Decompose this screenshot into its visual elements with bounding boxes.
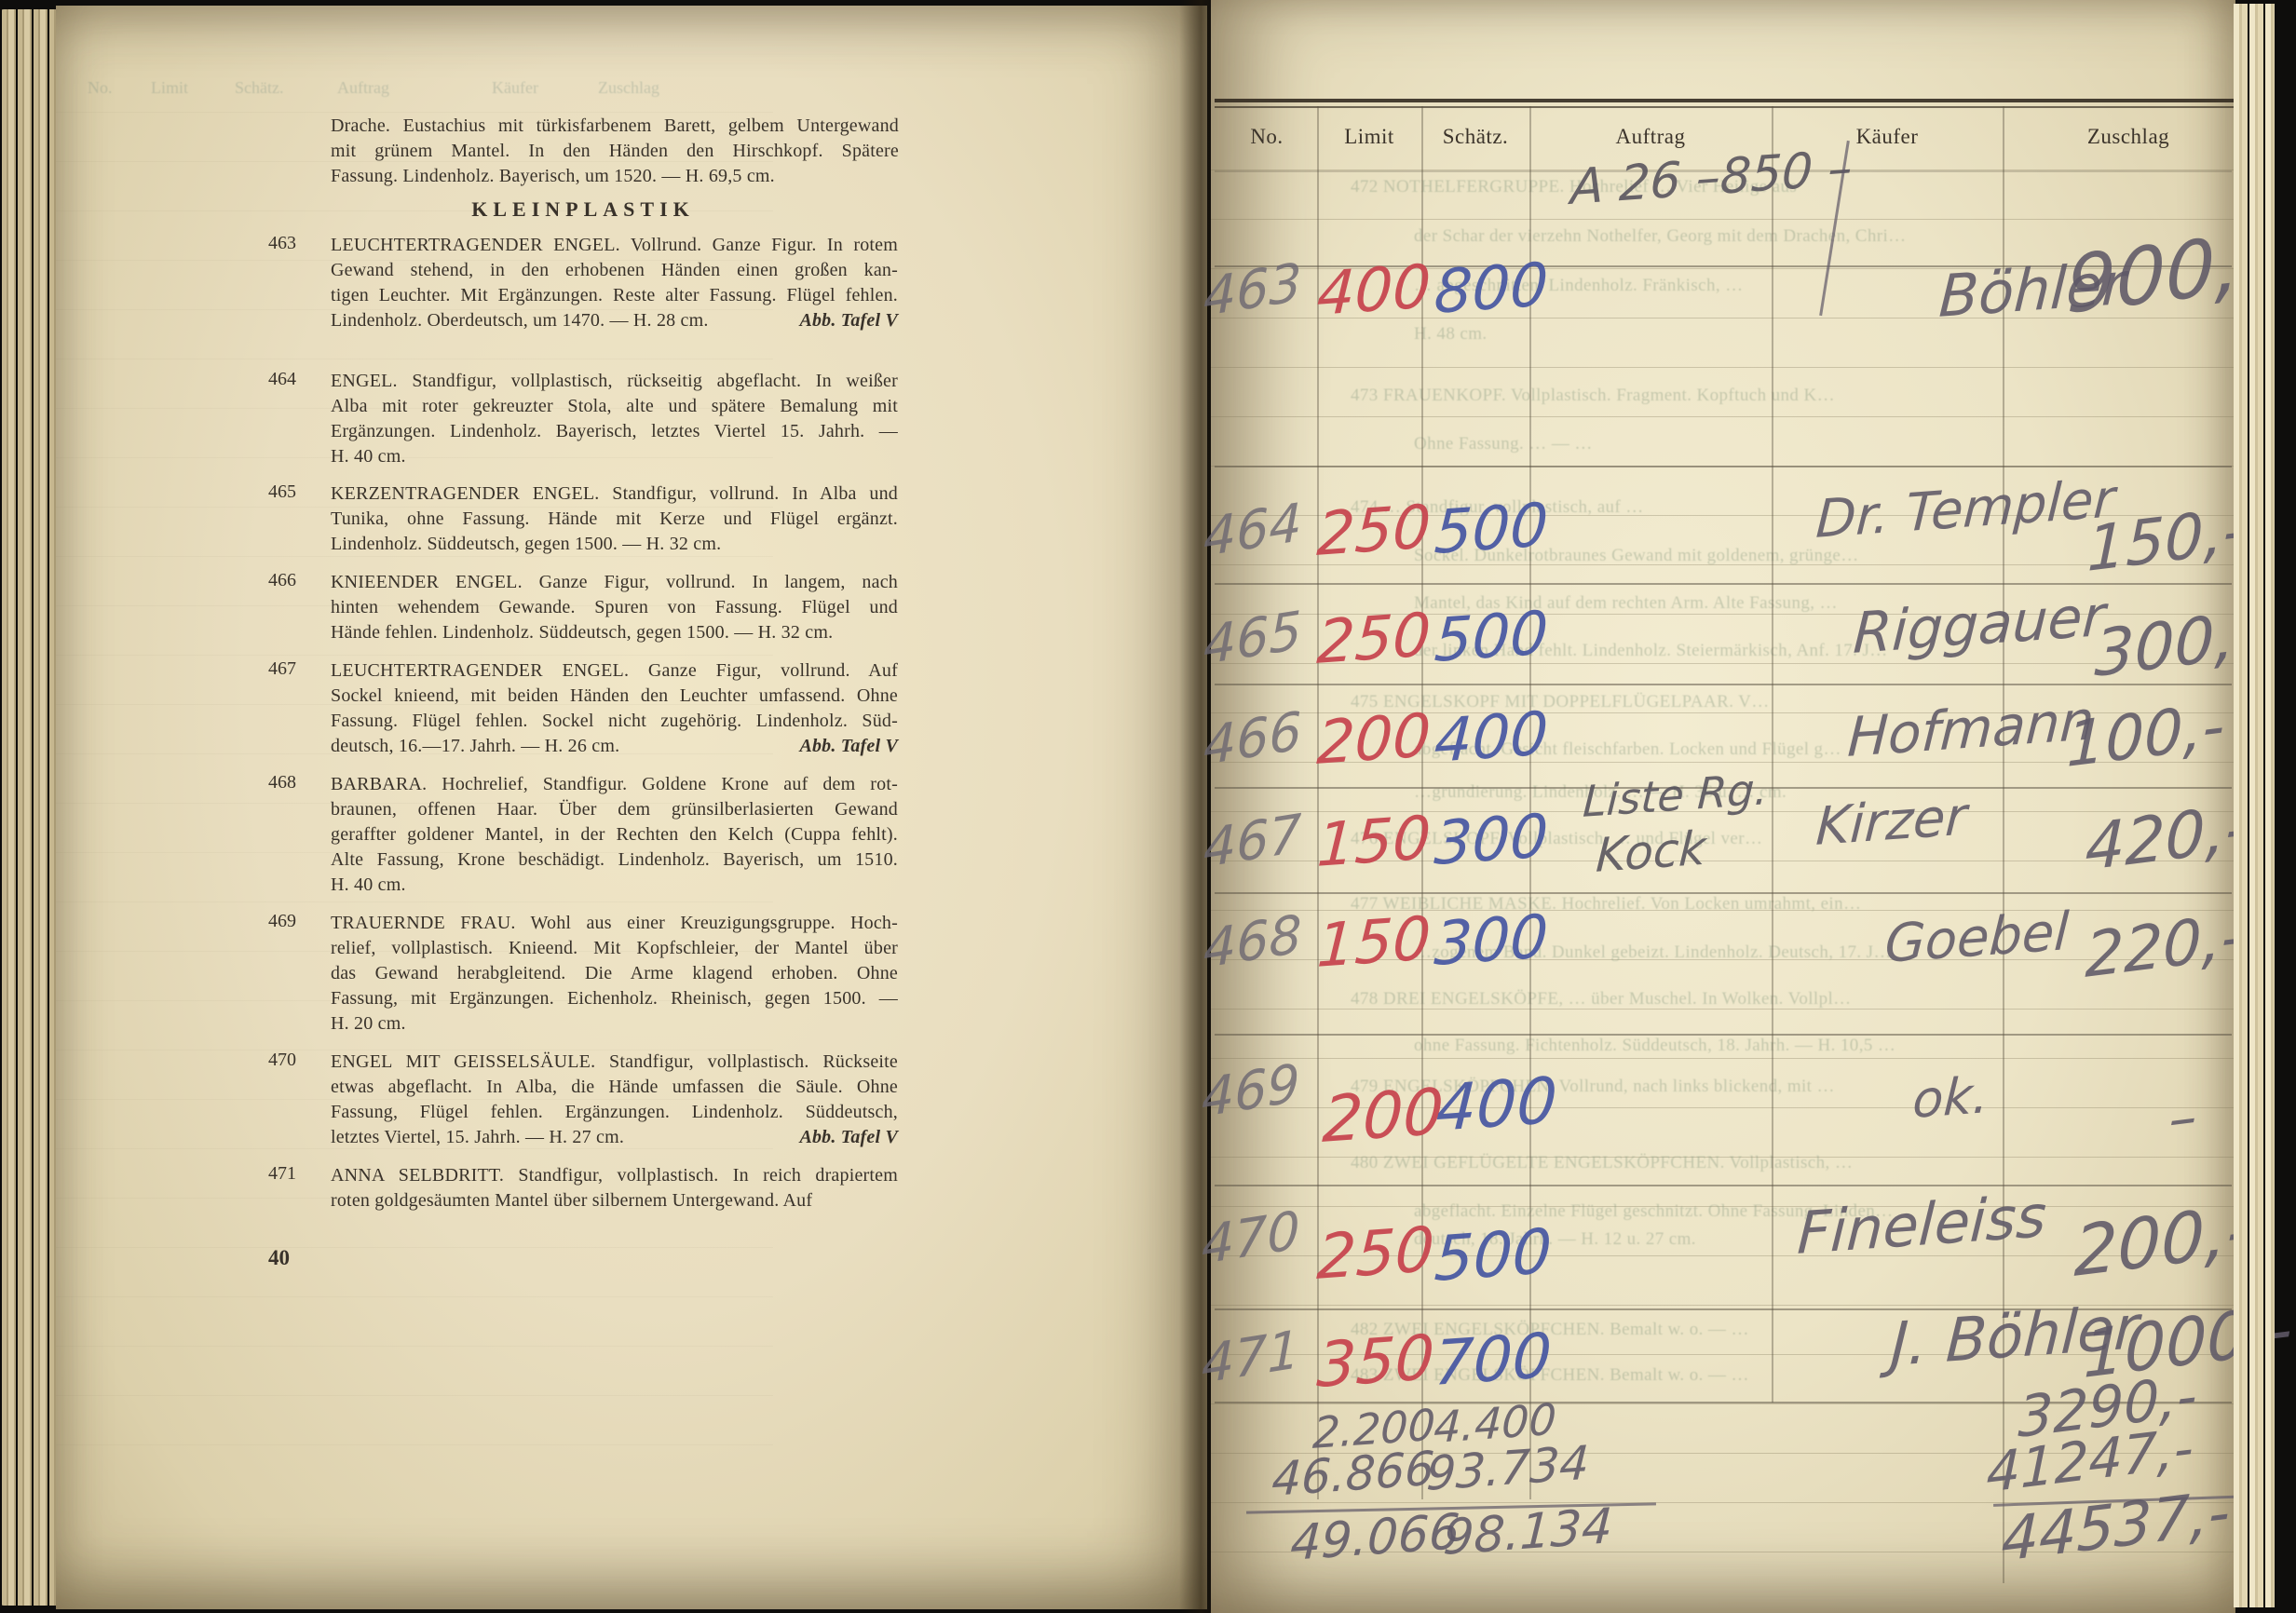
entry-line: ENGEL. Standfigur, vollplastisch, rückse…	[331, 369, 898, 394]
entry-line: letztes Viertel, 15. Jahrh. — H. 27 cm.	[331, 1125, 624, 1150]
row-line	[1215, 1034, 2232, 1036]
entry-line: Lindenholz. Oberdeutsch, um 1470. — H. 2…	[331, 308, 709, 333]
row-line	[1215, 892, 2232, 894]
lot-number: 468	[268, 772, 296, 793]
plate-reference: Abb. Tafel V	[799, 734, 898, 759]
lot-number: 471	[268, 1163, 296, 1185]
row-zuschlag: –	[2168, 1084, 2197, 1153]
entry-line: H. 40 cm.	[331, 444, 898, 469]
ghost-header-limit: Limit	[151, 78, 188, 98]
entry-line: Alte Fassung, Krone beschädigt. Lindenho…	[331, 847, 898, 873]
entry-line: braunen, offenen Haar. Über dem grünsilb…	[331, 797, 898, 822]
intro-line: mit grünem Mantel. In den Händen den Hir…	[331, 139, 899, 164]
row-schaetz: 400	[1434, 1064, 1559, 1146]
entry-line: KNIEENDER ENGEL. Ganze Figur, vollrund. …	[331, 570, 898, 595]
entry-line: TRAUERNDE FRAU. Wohl aus einer Kreuzigun…	[331, 911, 898, 936]
section-heading: KLEINPLASTIK	[268, 197, 898, 222]
catalog-entry-466: 466 KNIEENDER ENGEL. Ganze Figur, vollru…	[268, 570, 898, 645]
entry-line: deutsch, 16.—17. Jahrh. — H. 26 cm.	[331, 734, 619, 759]
entry-line: Gewand stehend, in den erhobenen Händen …	[331, 258, 898, 283]
row-limit: 150	[1315, 905, 1423, 982]
entry-line: Hände fehlen. Lindenholz. Süddeutsch, ge…	[331, 620, 898, 645]
entry-line: ANNA SELBDRITT. Standfigur, vollplastisc…	[331, 1163, 898, 1188]
entry-line: BARBARA. Hochrelief, Standfigur. Goldene…	[331, 772, 898, 797]
entry-line: Fassung, mit Ergänzungen. Eichenholz. Rh…	[331, 986, 898, 1011]
row-limit: 150	[1315, 805, 1423, 881]
entry-line: etwas abgeflacht. In Alba, die Hände umf…	[331, 1075, 898, 1100]
entry-line: LEUCHTERTRAGENDER ENGEL. Vollrund. Ganze…	[331, 233, 898, 258]
ghost-line: ohne Fassung. Fichtenholz. Süddeutsch, 1…	[1414, 1036, 1895, 1056]
row-limit: 350	[1315, 1322, 1423, 1402]
row-limit: 250	[1315, 602, 1423, 678]
plate-reference: Abb. Tafel V	[799, 308, 898, 333]
row-kaeufer: Kirzer	[1814, 786, 1968, 858]
lot-number: 469	[268, 911, 296, 932]
page-number: 40	[268, 1246, 290, 1270]
intro-paragraph: Drache. Eustachius mit türkisfarbenem Ba…	[331, 114, 899, 189]
row-schaetz: 800	[1433, 251, 1550, 328]
row-schaetz: 400	[1433, 699, 1550, 777]
row-schaetz: 500	[1433, 599, 1550, 676]
entry-line: Lindenholz. Süddeutsch, gegen 1500. — H.…	[331, 532, 898, 557]
entry-line: H. 40 cm.	[331, 873, 898, 898]
catalog-entry-463: 463 LEUCHTERTRAGENDER ENGEL. Vollrund. G…	[268, 233, 898, 333]
ghost-line: 478 DREI ENGELSKÖPFE, … über Muschel. In…	[1351, 989, 1852, 1010]
header-no: No.	[1250, 125, 1283, 149]
entry-line: Alba mit roter gekreuzter Stola, alte un…	[331, 394, 898, 419]
lot-number: 470	[268, 1050, 296, 1071]
header-limit: Limit	[1344, 125, 1394, 149]
entry-line: Sockel knieend, mit beiden Händen den Le…	[331, 684, 898, 709]
entry-line: H. 20 cm.	[331, 1011, 898, 1037]
entry-line: Tunika, ohne Fassung. Hände mit Kerze un…	[331, 507, 898, 532]
ghost-header-kaeufer: Käufer	[492, 78, 538, 98]
ghost-header-schaetz: Schätz.	[235, 78, 283, 98]
entry-line: hinten wehendem Gewande. Spuren von Fass…	[331, 595, 898, 620]
ghost-line: H. 48 cm.	[1414, 324, 1488, 345]
row-kaeufer: ok.	[1911, 1065, 1990, 1130]
catalog-entry-465: 465 KERZENTRAGENDER ENGEL. Standfigur, v…	[268, 481, 898, 557]
row-schaetz: 500	[1433, 491, 1550, 568]
header-kaeufer: Käufer	[1856, 125, 1919, 149]
auction-catalog-photo: No. Limit Schätz. Auftrag Käufer Zuschla…	[0, 0, 2296, 1613]
header-zuschlag: Zuschlag	[2087, 125, 2169, 149]
row-auftrag-note: Kock	[1595, 820, 1707, 883]
lot-number: 467	[268, 658, 296, 680]
page-edge-stack-left	[0, 9, 58, 1606]
right-page-ledger: 472 NOTHELFERGRUPPE. Hochrelief … Vier H…	[1211, 0, 2235, 1613]
catalog-entry-469: 469 TRAUERNDE FRAU. Wohl aus einer Kreuz…	[268, 911, 898, 1037]
catalog-entry-467: 467 LEUCHTERTRAGENDER ENGEL. Ganze Figur…	[268, 658, 898, 759]
entry-line: Ergänzungen. Lindenholz. Bayerisch, letz…	[331, 419, 898, 444]
table-top-rule	[1215, 99, 2235, 108]
lot-number: 464	[268, 369, 296, 390]
entry-line: Fassung, Flügel fehlen. Ergänzungen. Lin…	[331, 1100, 898, 1125]
ghost-header-no: No.	[88, 78, 113, 98]
column-line	[1772, 106, 1773, 1403]
row-schaetz: 700	[1433, 1320, 1554, 1400]
row-line	[1215, 466, 2232, 468]
entry-line: geraffter goldener Mantel, in der Rechte…	[331, 822, 898, 847]
row-limit: 200	[1321, 1077, 1429, 1158]
row-limit: 400	[1315, 253, 1423, 330]
row-line	[1215, 1185, 2232, 1186]
schaetz-carryover: 93.734	[1425, 1435, 1591, 1501]
row-limit: 250	[1315, 494, 1423, 570]
entry-line: Fassung. Flügel fehlen. Sockel nicht zug…	[331, 709, 898, 734]
lot-number: 466	[268, 570, 296, 591]
row-schaetz: 300	[1433, 802, 1550, 879]
entry-line: LEUCHTERTRAGENDER ENGEL. Ganze Figur, vo…	[331, 658, 898, 684]
plate-reference: Abb. Tafel V	[799, 1125, 898, 1150]
entry-line: KERZENTRAGENDER ENGEL. Standfigur, vollr…	[331, 481, 898, 507]
catalog-entry-464: 464 ENGEL. Standfigur, vollplastisch, rü…	[268, 369, 898, 469]
header-auftrag: Auftrag	[1615, 125, 1685, 149]
row-line	[1215, 684, 2232, 685]
row-limit: 250	[1315, 1214, 1423, 1294]
entry-line: roten goldgesäumten Mantel über silberne…	[331, 1188, 898, 1213]
ghost-header-zuschlag: Zuschlag	[598, 78, 659, 98]
row-schaetz: 500	[1433, 1215, 1554, 1295]
ghost-line: 480 ZWEI GEFLÜGELTE ENGELSKÖPFCHEN. Voll…	[1351, 1153, 1853, 1173]
page-edge-stack-right	[2234, 4, 2275, 1607]
ghost-header-auftrag: Auftrag	[337, 78, 389, 98]
entry-line: relief, vollplastisch. Knieend. Mit Kopf…	[331, 936, 898, 961]
entry-line: tigen Leuchter. Mit Ergänzungen. Reste a…	[331, 283, 898, 308]
intro-line: Drache. Eustachius mit türkisfarbenem Ba…	[331, 114, 899, 139]
row-schaetz: 300	[1433, 902, 1550, 980]
ghost-line: 473 FRAUENKOPF. Vollplastisch. Fragment.…	[1351, 386, 1835, 406]
entry-line: das Gewand herabgleitend. Die Arme klage…	[331, 961, 898, 986]
row-limit: 200	[1315, 702, 1423, 779]
ghost-line: Ohne Fassung. … — …	[1414, 434, 1593, 454]
lot-number: 463	[268, 233, 296, 254]
catalog-entry-470: 470 ENGEL MIT GEISSELSÄULE. Standfigur, …	[268, 1050, 898, 1150]
intro-line: Fassung. Lindenholz. Bayerisch, um 1520.…	[331, 164, 899, 189]
header-schaetz: Schätz.	[1443, 125, 1509, 149]
entry-line: ENGEL MIT GEISSELSÄULE. Standfigur, voll…	[331, 1050, 898, 1075]
lot-number: 465	[268, 481, 296, 503]
catalog-entry-468: 468 BARBARA. Hochrelief, Standfigur. Gol…	[268, 772, 898, 898]
catalog-entry-471: 471 ANNA SELBDRITT. Standfigur, vollplas…	[268, 1163, 898, 1213]
limit-carryover: 46.866	[1270, 1441, 1436, 1507]
left-page: No. Limit Schätz. Auftrag Käufer Zuschla…	[56, 6, 1207, 1609]
